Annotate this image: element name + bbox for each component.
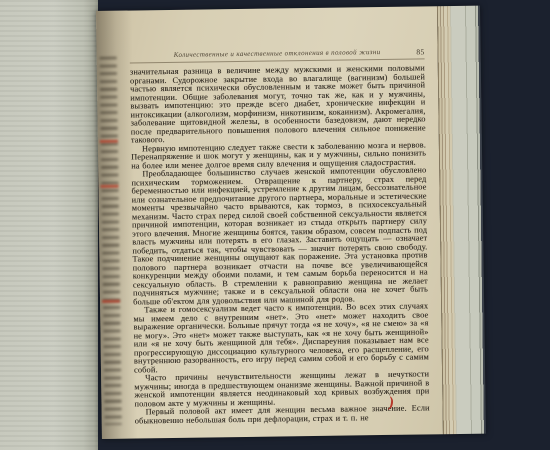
left-page-block [0,0,98,450]
page-text-area: Количественные и качественные отклонения… [130,47,430,434]
open-book: Количественные и качественные отклонения… [96,6,486,439]
page-body-text: значительная разница в величине между му… [130,64,430,425]
page-paragraph: Также и гомосексуализм ведет часто к имп… [133,302,429,374]
red-pencil-mark [100,185,118,188]
red-pencil-mark [100,140,118,143]
page-paragraph: Первый половой акт имеет для женщин весь… [135,404,430,425]
book-photo: Количественные и качественные отклонения… [0,0,550,450]
red-pencil-mark [102,300,120,303]
book-page: Количественные и качественные отклонения… [96,6,443,439]
running-head: Количественные и качественные отклонения… [130,47,425,59]
header-rule [130,58,425,63]
left-page-blur-streaks [0,0,98,450]
page-fore-edge [437,6,486,435]
page-number: 85 [416,47,424,56]
page-paragraph: значительная разница в величине между му… [130,64,426,145]
page-paragraph: Преобладающее большинство случаев женско… [131,166,428,306]
running-head-title: Количественные и качественные отклонения… [174,48,381,59]
page-paragraph: Часто причины нечувствительности женщины… [134,370,429,408]
